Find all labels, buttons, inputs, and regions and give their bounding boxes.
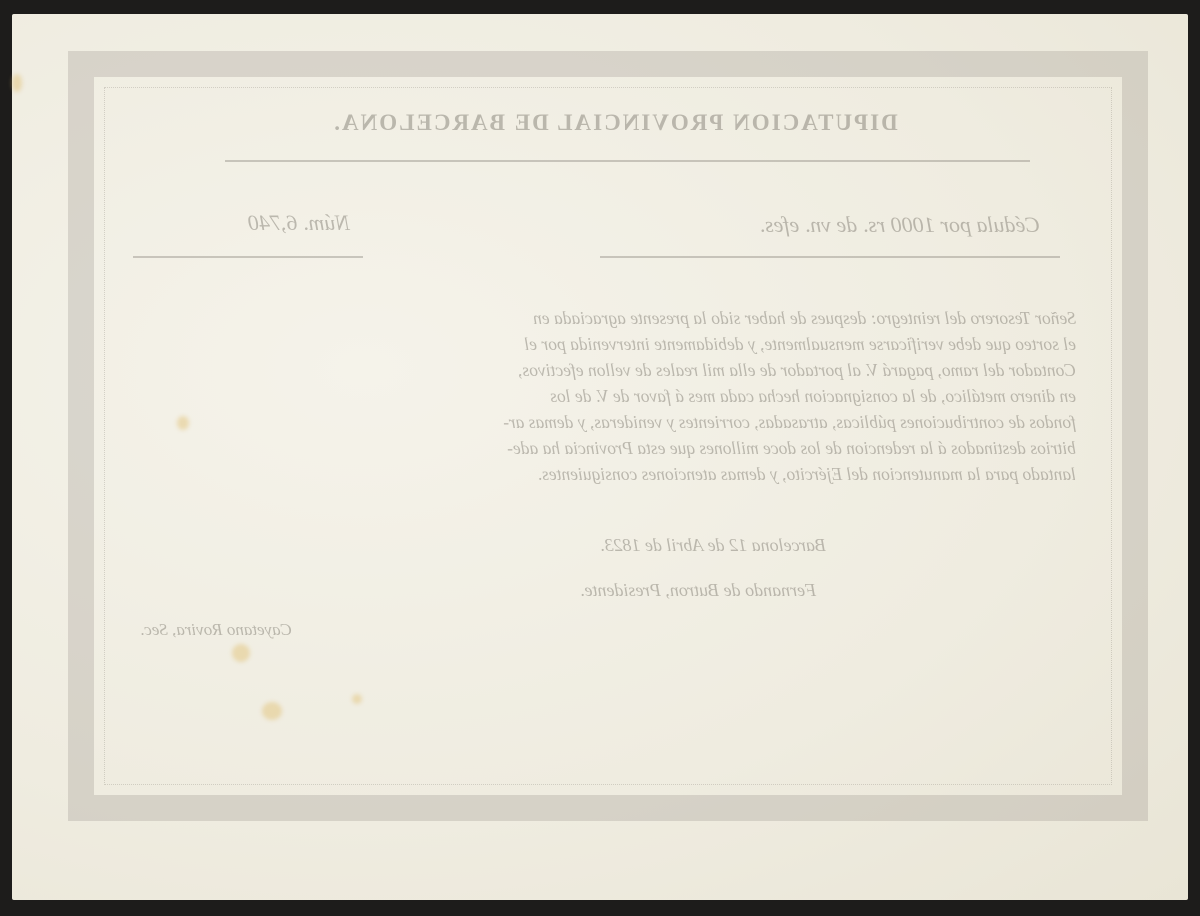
body-line: en dinero metálico, de la consignacion h… bbox=[128, 383, 1076, 409]
number-label: Núm. 6,740 bbox=[130, 210, 350, 236]
date-line: Barcelona 12 de Abril de 1823. bbox=[600, 535, 1030, 556]
document-title: DIPUTACION PROVINCIAL DE BARCELONA. bbox=[290, 110, 940, 136]
body-line: bitrios destinados á la redencion de los… bbox=[128, 435, 1076, 461]
number-rule bbox=[133, 256, 363, 258]
foxing-stain bbox=[12, 74, 22, 92]
cedula-label: Cédula por 1000 rs. de vn. efes. bbox=[640, 212, 1040, 238]
body-line: el sorteo que debe verificarse mensualme… bbox=[128, 331, 1076, 357]
body-line: Señor Tesorero del reintegro: despues de… bbox=[128, 305, 1076, 331]
body-line: fondos de contribuciones públicas, atras… bbox=[128, 409, 1076, 435]
body-line: Contador del ramo, pagará V. al portador… bbox=[128, 357, 1076, 383]
signature-president: Fernando de Butron, Presidente. bbox=[580, 580, 1010, 601]
cedula-rule bbox=[600, 256, 1060, 258]
title-rule bbox=[225, 160, 1030, 162]
body-line: lantado para la manutencion del Ejército… bbox=[128, 461, 1076, 487]
document-body: Señor Tesorero del reintegro: despues de… bbox=[128, 305, 1076, 487]
signature-secretary: Cayetano Rovira, Sec. bbox=[140, 620, 490, 640]
